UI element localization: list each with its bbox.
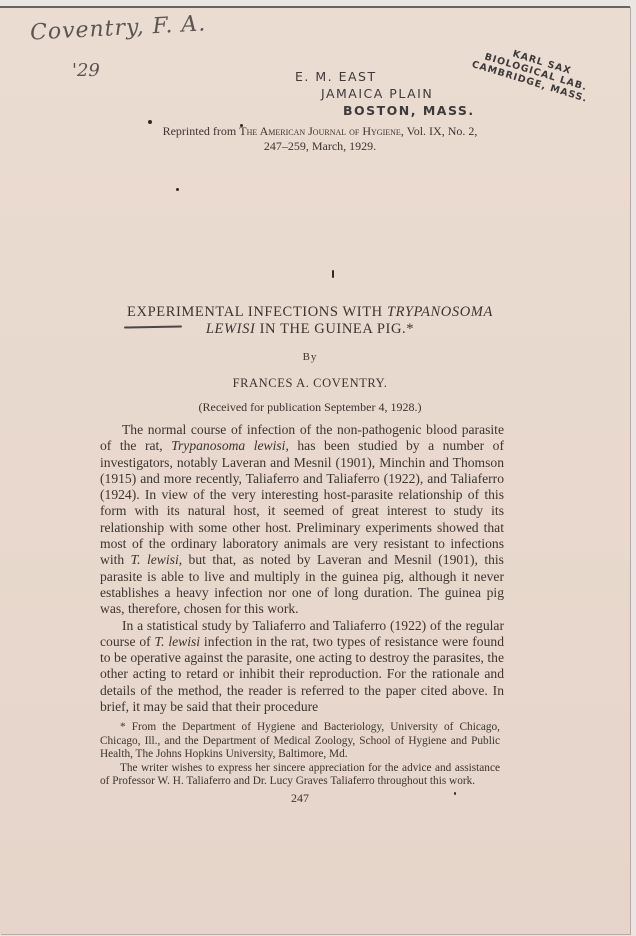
title-genus: TRYPANOSOMA (387, 304, 493, 320)
author-name: FRANCES A. COVENTRY. (100, 376, 520, 391)
journal-name: The American Journal of Hygiene (239, 124, 401, 138)
page-number: 247 (100, 791, 500, 806)
ink-speck (176, 188, 179, 191)
text: has been studied by a number of investig… (100, 438, 504, 567)
received-date: (Received for publication September 4, 1… (100, 400, 520, 415)
article-title: EXPERIMENTAL INFECTIONS WITH TRYPANOSOMA… (100, 304, 520, 338)
ink-speck (454, 792, 456, 795)
ink-speck (332, 270, 334, 278)
species-name: Trypanosoma lewisi, (171, 438, 289, 453)
title-text: IN THE GUINEA PIG.* (255, 321, 414, 337)
paragraph: The normal course of infection of the no… (100, 422, 504, 618)
species-name: T. lewisi (155, 634, 201, 649)
ink-speck (148, 120, 152, 124)
title-species: LEWISI (206, 321, 256, 337)
footnotes: * From the Department of Hygiene and Bac… (100, 721, 500, 789)
address-stamp-east: E. M. EAST JAMAICA PLAIN BOSTON, MASS. (295, 68, 475, 119)
paragraph: In a statistical study by Taliaferro and… (100, 618, 504, 716)
stamp-line: BOSTON, MASS. (295, 102, 475, 119)
stamp-line: JAMAICA PLAIN (295, 85, 475, 102)
handwritten-year-note: '29 (72, 60, 100, 81)
ink-speck (240, 124, 243, 127)
byline-label: By (100, 351, 520, 363)
reprint-notice: Reprinted from The American Journal of H… (100, 124, 540, 154)
footnote-affiliation: * From the Department of Hygiene and Bac… (100, 721, 500, 762)
species-name: T. lewisi (131, 552, 179, 567)
document-page: Coventry, F. A. '29 E. M. EAST JAMAICA P… (0, 6, 630, 934)
article-body: The normal course of infection of the no… (100, 422, 504, 715)
stamp-line: E. M. EAST (295, 68, 475, 85)
reprint-pages-date: 247–259, March, 1929. (264, 139, 376, 153)
footnote-acknowledgement: The writer wishes to express her sincere… (100, 762, 500, 789)
handwritten-author-note: Coventry, F. A. (29, 11, 206, 45)
title-text: EXPERIMENTAL INFECTIONS WITH (127, 304, 387, 320)
reprint-volume: , Vol. IX, No. 2, (401, 124, 478, 138)
address-stamp-sax: KARL SAX BIOLOGICAL LAB. CAMBRIDGE, MASS… (470, 38, 595, 105)
reprint-prefix: Reprinted from (163, 124, 240, 138)
